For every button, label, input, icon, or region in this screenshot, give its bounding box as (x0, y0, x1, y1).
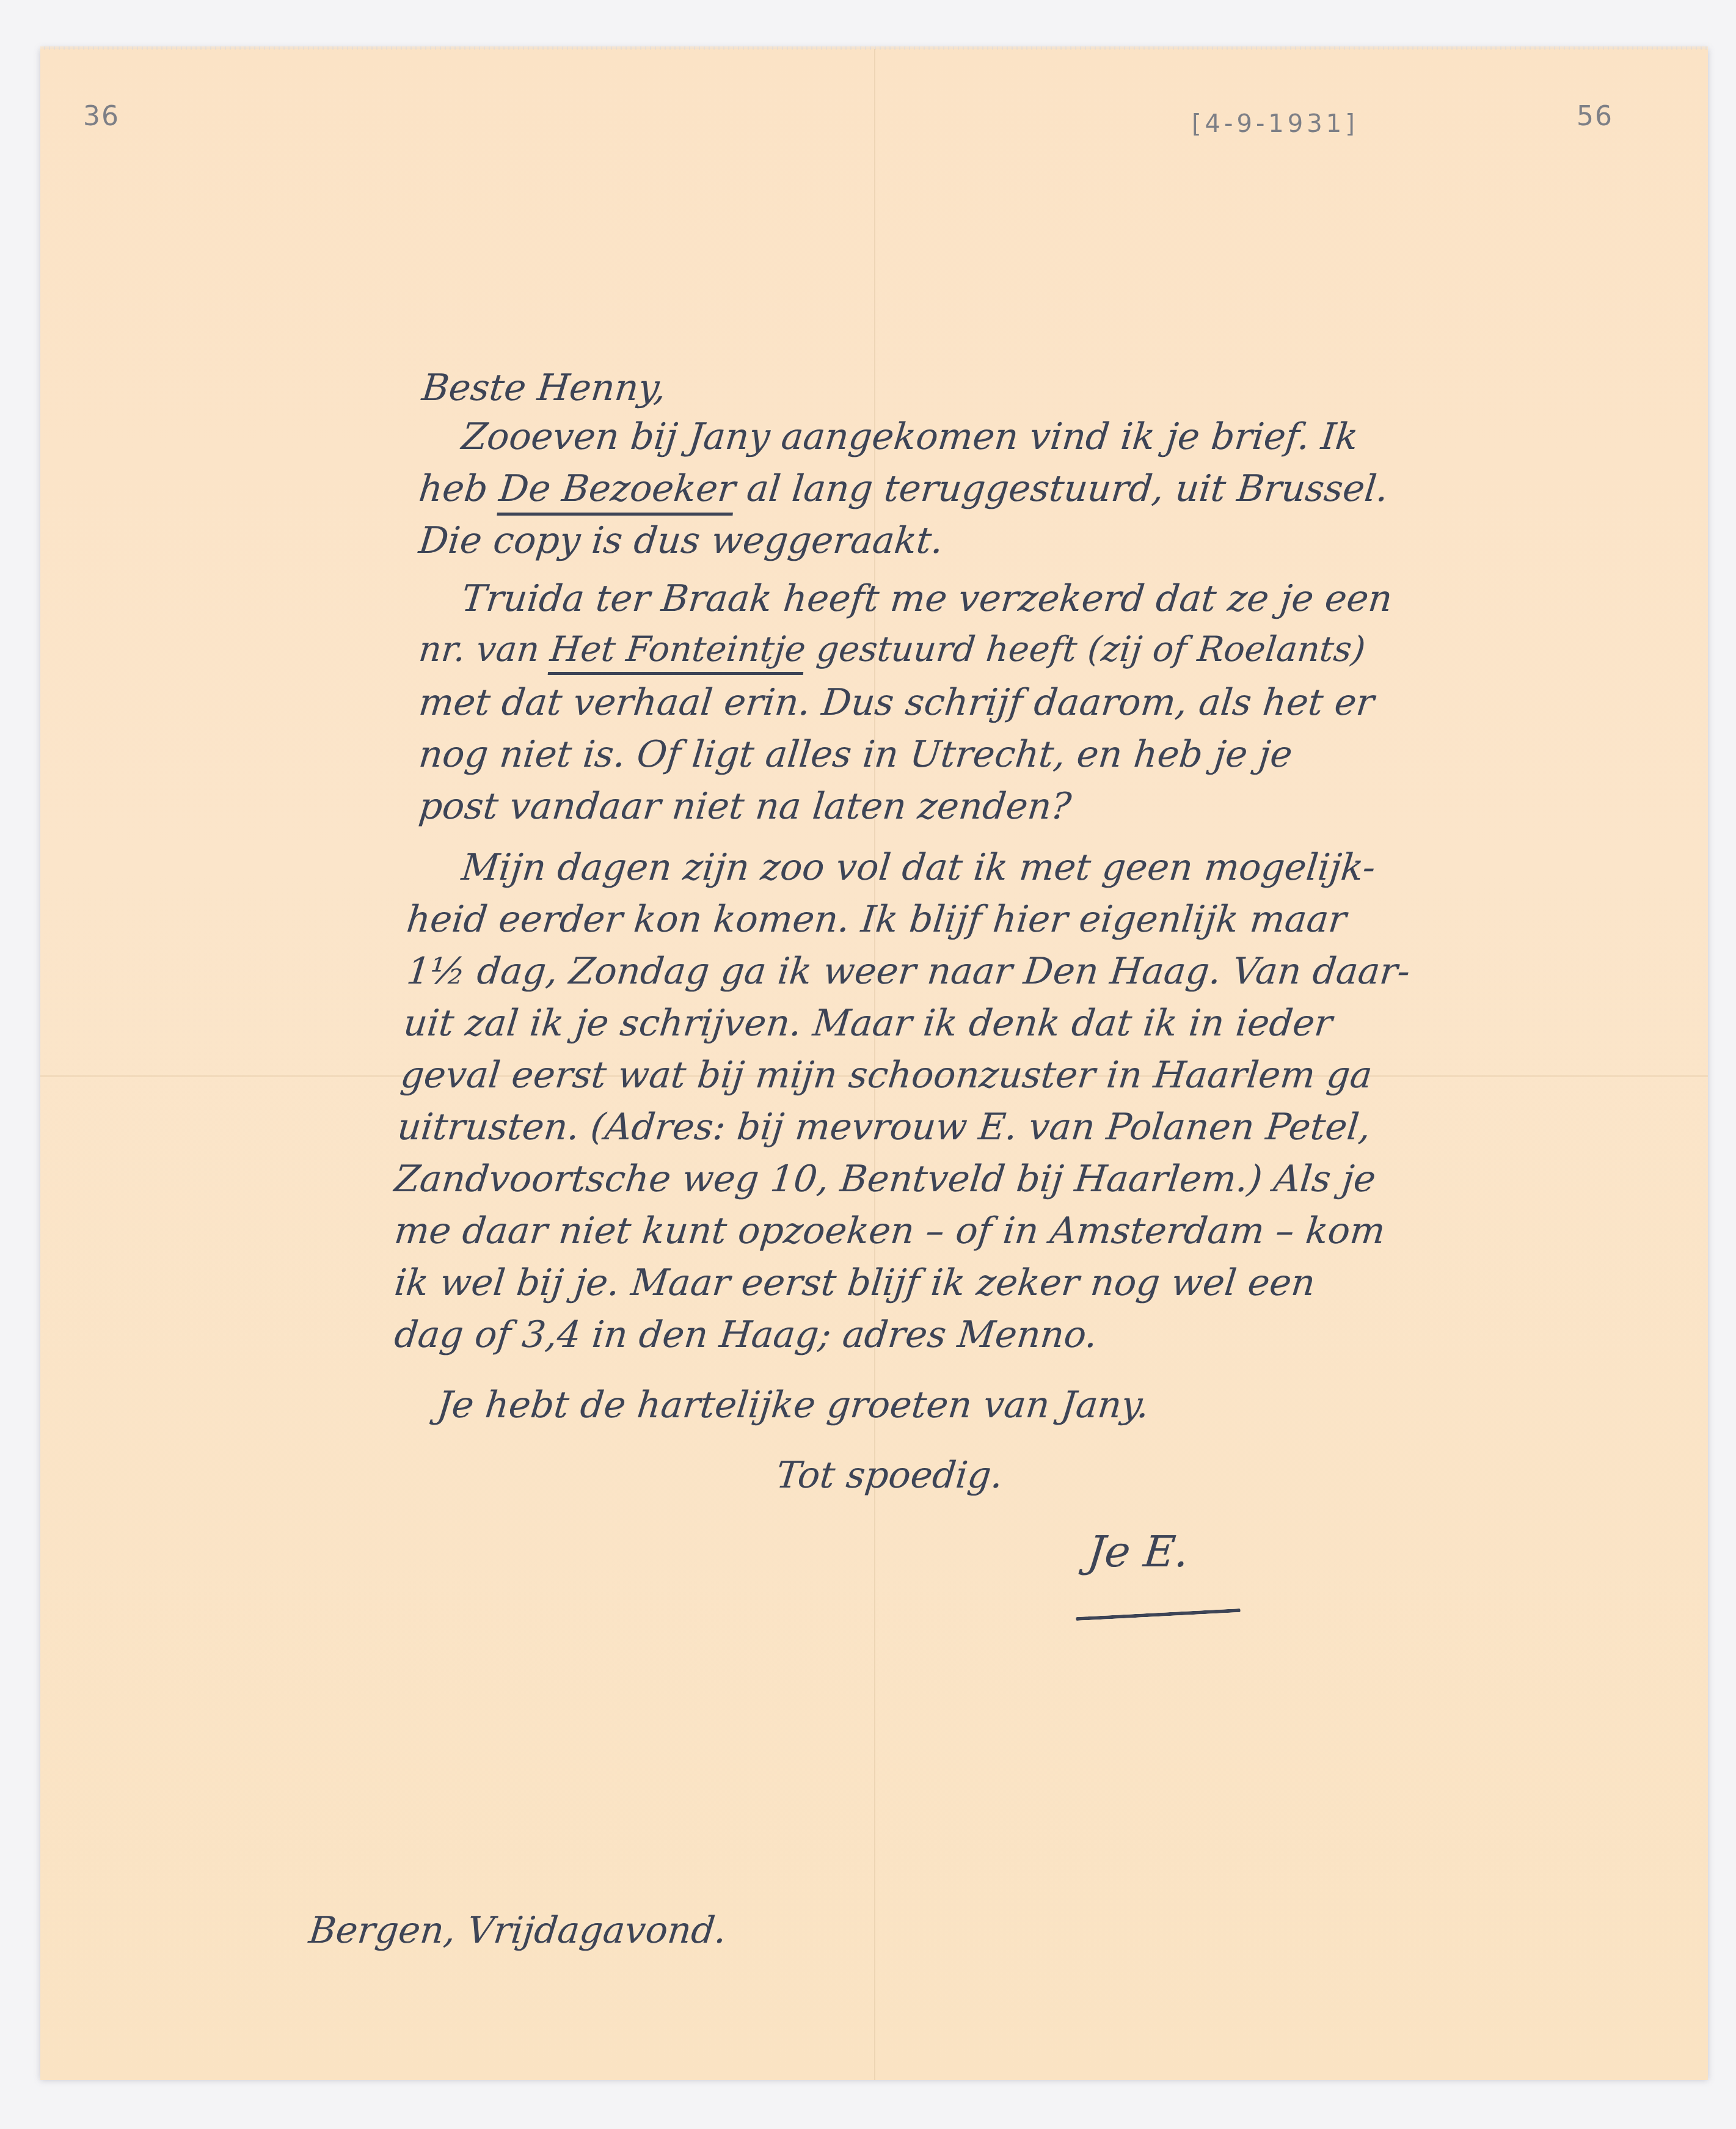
place-date: Bergen, Vrijdagavond. (307, 1912, 729, 1949)
letter-line: nog niet is. Of ligt alles in Utrecht, e… (417, 736, 1294, 773)
signature-underline (1076, 1609, 1241, 1621)
letter-line: me daar niet kunt opzoeken – of in Amste… (393, 1213, 1387, 1249)
text-fragment: nr. van (417, 629, 553, 670)
letter-line: heb De Bezoeker al lang teruggestuurd, u… (417, 470, 1390, 507)
text-fragment: al lang teruggestuurd, uit Brussel. (733, 467, 1390, 510)
letter-line: post vandaar niet na laten zenden? (417, 788, 1073, 825)
letter-line: dag of 3,4 in den Haag; adres Menno. (393, 1316, 1100, 1353)
salutation: Beste Henny, (420, 370, 668, 406)
letter-line: Mijn dagen zijn zoo vol dat ik met geen … (460, 849, 1377, 886)
page-number-left: 36 (83, 101, 120, 132)
page-number-right: 56 (1577, 101, 1613, 132)
signature: Je E. (1085, 1530, 1191, 1573)
letter-line: geval eerst wat bij mijn schoonzuster in… (399, 1057, 1374, 1094)
letter-line: Truida ter Braak heeft me verzekerd dat … (460, 580, 1394, 617)
text-fragment: gestuurd heeft (zij of Roelants) (803, 629, 1367, 670)
letter-line: uit zal ik je schrijven. Maar ik denk da… (402, 1005, 1334, 1042)
letter-line: uitrusten. (Adres: bij mevrouw E. van Po… (396, 1109, 1373, 1145)
letter-paper: 36 [4-9-1931] 56 Beste Henny, Zooeven bi… (40, 49, 1708, 2080)
closing: Tot spoedig. (775, 1457, 1005, 1494)
letter-line: Je hebt de hartelijke groeten van Jany. (436, 1387, 1151, 1423)
underlined-title: Het Fonteintje (548, 629, 808, 675)
letter-line: 1½ dag, Zondag ga ik weer naar Den Haag.… (405, 953, 1412, 990)
date-annotation: [4-9-1931] (1192, 110, 1359, 138)
underlined-title: De Bezoeker (497, 467, 737, 516)
letter-line: Die copy is dus weggeraakt. (417, 522, 945, 559)
letter-line: Zooeven bij Jany aangekomen vind ik je b… (460, 418, 1360, 455)
letter-line: nr. van Het Fonteintje gestuurd heeft (z… (417, 632, 1367, 667)
letter-line: heid eerder kon komen. Ik blijf hier eig… (405, 901, 1348, 938)
letter-line: met dat verhaal erin. Dus schrijf daarom… (417, 684, 1376, 721)
letter-line: ik wel bij je. Maar eerst blijf ik zeker… (393, 1265, 1317, 1301)
letter-line: Zandvoortsche weg 10, Bentveld bij Haarl… (393, 1161, 1377, 1197)
scanned-page: 36 [4-9-1931] 56 Beste Henny, Zooeven bi… (0, 0, 1736, 2129)
text-fragment: heb (417, 467, 501, 510)
